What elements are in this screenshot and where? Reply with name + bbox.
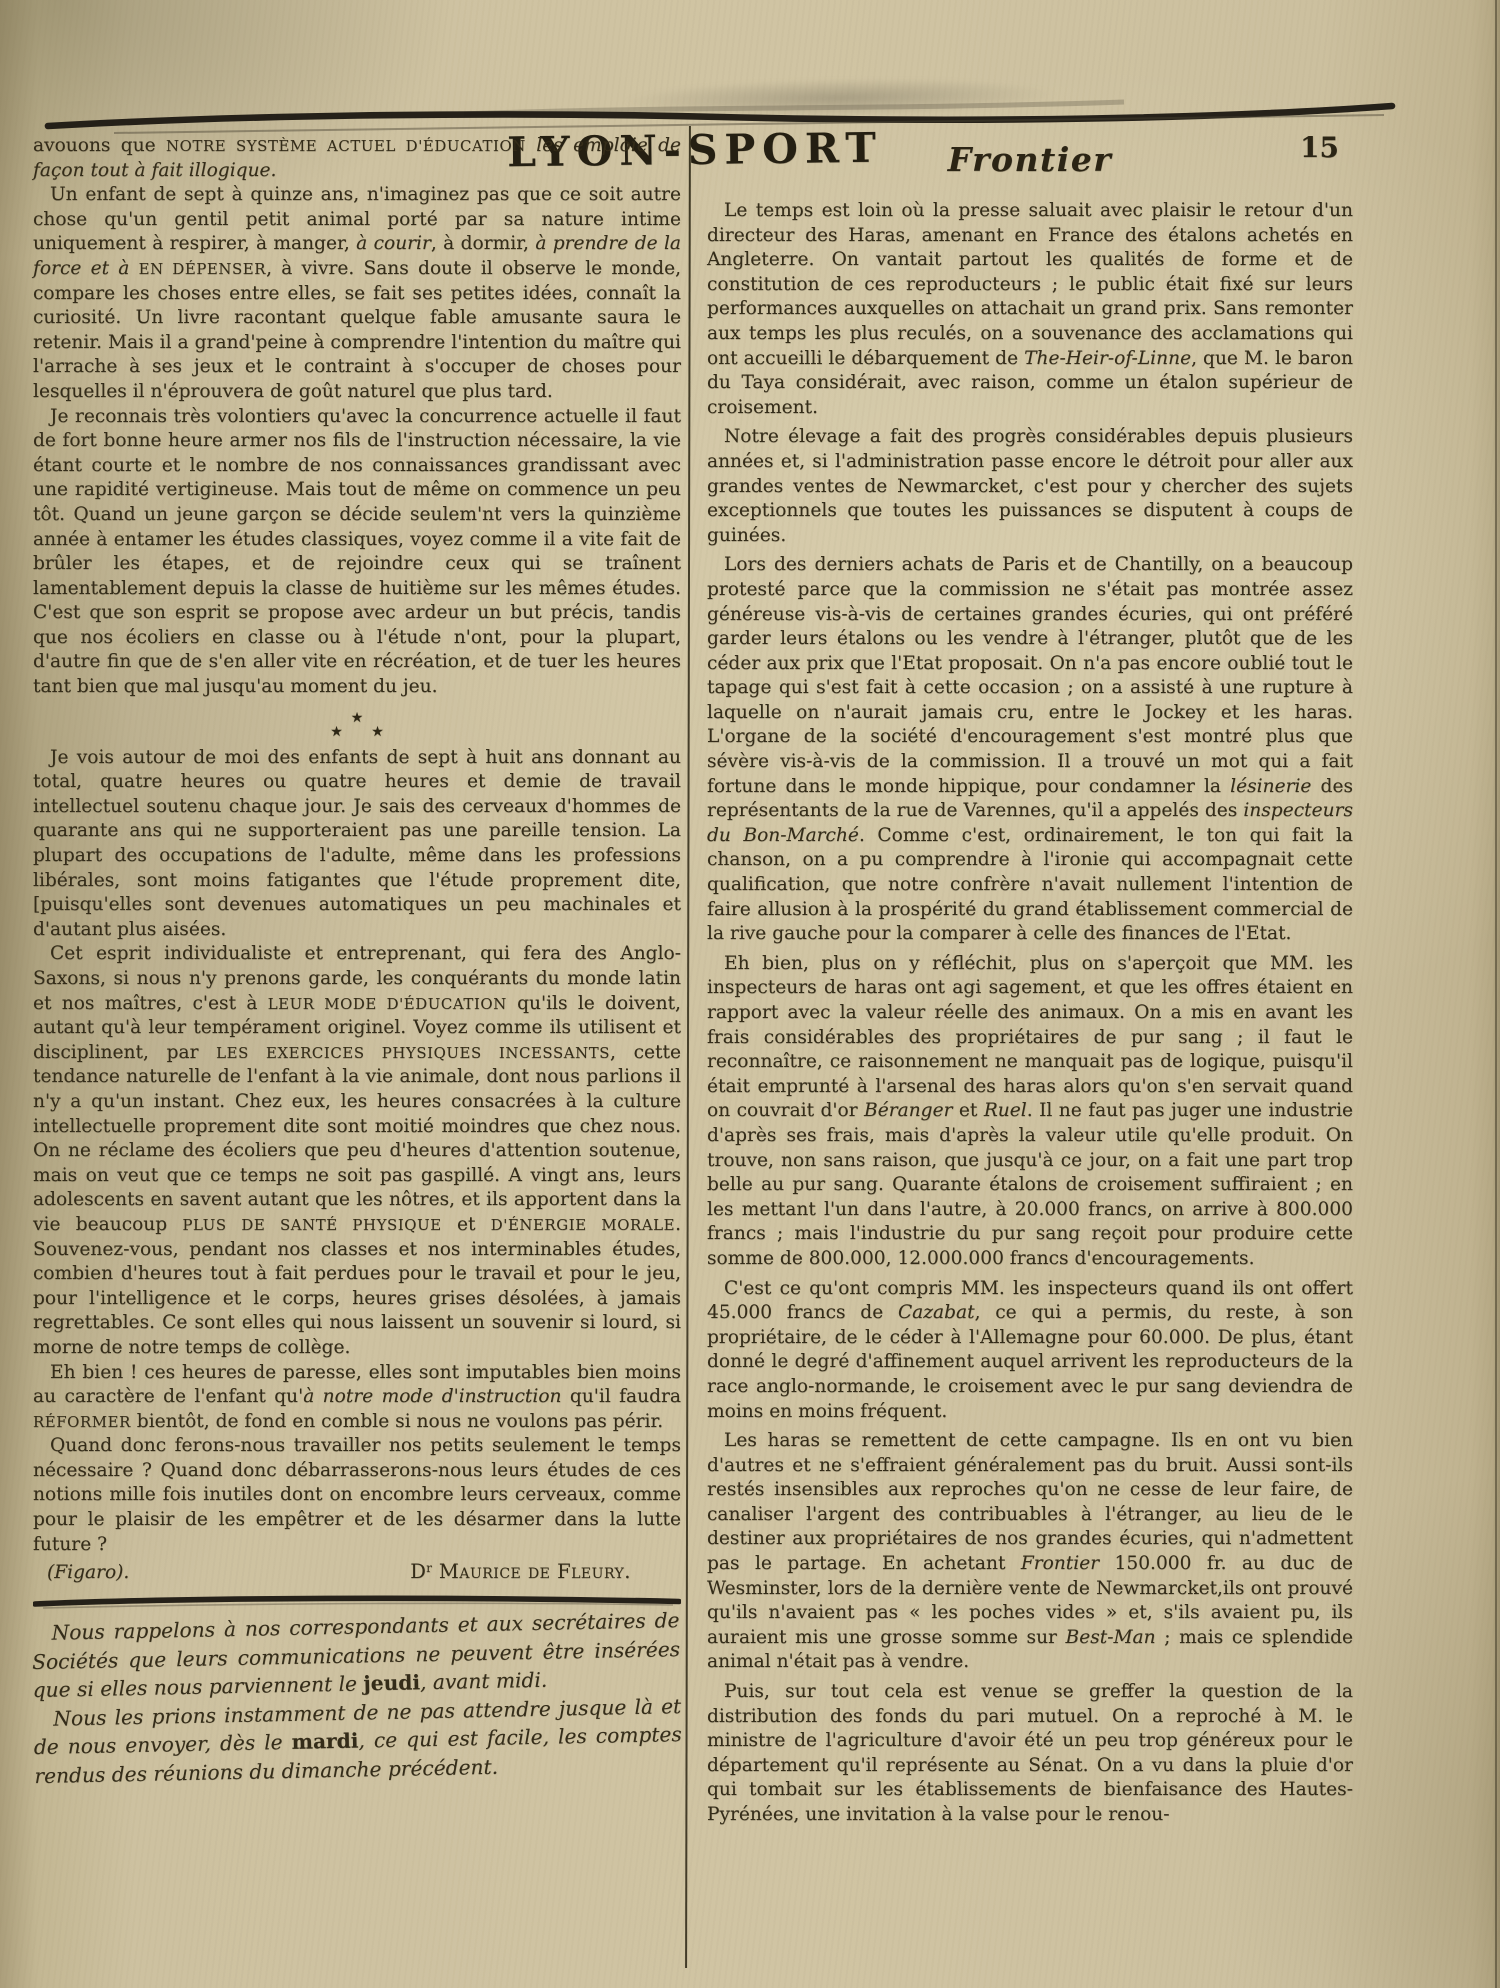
text-run-i: The-Heir-of-Linne (1024, 348, 1191, 369)
text-run: , à vivre. Sans doute il observe le mond… (33, 258, 681, 402)
text-run-i: Béranger (864, 1100, 952, 1121)
text-run-smc: Maurice de Fleury. (439, 1560, 631, 1583)
paragraph: C'est ce qu'ont compris MM. les inspecte… (707, 1277, 1353, 1425)
text-run-sc: RÉFORMER (33, 1413, 131, 1431)
author-name: Dr Maurice de Fleury. (410, 1560, 631, 1583)
newspaper-page: LYON-SPORT 15 avouons que NOTRE SYSTÈME … (0, 0, 1500, 1988)
text-run: Quand donc ferons-nous travailler nos pe… (33, 1435, 681, 1554)
text-run-i: Best-Man (1066, 1627, 1156, 1648)
text-run: Notre élevage a fait des progrès considé… (707, 426, 1353, 545)
text-run: et (442, 1214, 491, 1235)
right-column: Frontier Le temps est loin où la presse … (707, 140, 1353, 1833)
column-divider (685, 126, 691, 1968)
text-run-i: Cazabat (898, 1302, 975, 1323)
text-run-i: Ruel (984, 1100, 1027, 1121)
text-run: avouons que (33, 135, 166, 156)
paragraph: Lors des derniers achats de Paris et de … (707, 553, 1353, 947)
paragraph: Notre élevage a fait des progrès considé… (707, 425, 1353, 548)
text-run: qu'il faudra (562, 1386, 681, 1407)
paragraph: Je vois autour de moi des enfants de sep… (33, 746, 681, 943)
paragraph: Les haras se remettent de cette campagne… (707, 1429, 1353, 1675)
text-run: Le temps est loin où la presse saluait a… (707, 200, 1353, 369)
left-column: avouons que NOTRE SYSTÈME ACTUEL D'ÉDUCA… (33, 134, 681, 1790)
paragraph: Nous les prions instamment de ne pas att… (33, 1692, 683, 1791)
text-run-sc: LEUR MODE D'ÉDUCATION (268, 995, 507, 1013)
paragraph: Le temps est loin où la presse saluait a… (707, 199, 1353, 420)
paragraph: Cet esprit individualiste et entreprenan… (33, 942, 681, 1360)
paragraph: Eh bien, plus on y réfléchit, plus on s'… (707, 952, 1353, 1272)
star-icons: ★ ★ (33, 725, 681, 740)
page-edge-line (1495, 0, 1497, 1988)
paragraph: Eh bien ! ces heures de paresse, elles s… (33, 1361, 681, 1435)
text-run: . Souvenez-vous, pendant nos classes et … (33, 1214, 681, 1358)
text-run-i: , avant midi. (420, 1668, 548, 1695)
asterism-separator: ★ ★ ★ (33, 712, 681, 740)
signature-row: (Figaro). Dr Maurice de Fleury. (33, 1560, 681, 1583)
paragraph: Nous rappelons à nos correspondants et a… (31, 1606, 681, 1705)
left-column-bottom-paragraphs: Je vois autour de moi des enfants de sep… (33, 746, 681, 1558)
text-run-b: jeudi (363, 1671, 420, 1696)
text-run-sc: LES EXERCICES PHYSIQUES INCESSANTS (216, 1044, 610, 1062)
text-run: et (952, 1100, 983, 1121)
text-run: Lors des derniers achats de Paris et de … (707, 554, 1353, 796)
paragraph: Quand donc ferons-nous travailler nos pe… (33, 1434, 681, 1557)
text-run-i: Frontier (1021, 1553, 1099, 1574)
text-run-b: mardi (291, 1729, 358, 1754)
text-run: , cette tendance naturelle de l'enfant à… (33, 1042, 681, 1235)
paragraph: Un enfant de sept à quinze ans, n'imagin… (33, 183, 681, 404)
article-title: Frontier (707, 140, 1353, 179)
text-run: Je vois autour de moi des enfants de sep… (33, 747, 681, 940)
text-run (432, 1560, 439, 1583)
text-run-sc: PLUS DE SANTÉ PHYSIQUE (182, 1216, 441, 1234)
text-run: Eh bien, plus on y réfléchit, plus on s'… (707, 953, 1353, 1122)
text-run-sc: D'ÉNERGIE MORALE (491, 1216, 675, 1234)
text-run: bientôt, de fond en comble si nous ne vo… (131, 1411, 663, 1432)
text-run-sc: EN DÉPENSER (139, 260, 266, 278)
star-icon: ★ (33, 712, 681, 725)
text-run: Puis, sur tout cela est venue se greffer… (707, 1681, 1353, 1825)
editorial-notice: Nous rappelons à nos correspondants et a… (31, 1606, 682, 1791)
paragraph: Puis, sur tout cela est venue se greffer… (707, 1680, 1353, 1828)
text-run: D (410, 1560, 426, 1583)
left-column-top-paragraphs: avouons que NOTRE SYSTÈME ACTUEL D'ÉDUCA… (33, 134, 681, 700)
text-run-i: lésinerie (1230, 776, 1311, 797)
article-body: Le temps est loin où la presse saluait a… (707, 199, 1353, 1828)
text-run (526, 135, 536, 156)
text-run-i: Nous rappelons à nos correspondants et a… (32, 1608, 680, 1702)
text-run: . Il ne faut pas juger une industrie d'a… (707, 1100, 1353, 1269)
paragraph: avouons que NOTRE SYSTÈME ACTUEL D'ÉDUCA… (33, 134, 681, 183)
source-attribution: (Figaro). (47, 1562, 129, 1583)
text-run-i: à courir (356, 233, 431, 254)
text-run: , à dormir, (431, 233, 535, 254)
header-rule (44, 92, 1396, 138)
text-run: Je reconnais très volontiers qu'avec la … (33, 406, 681, 698)
section-rule (33, 1593, 681, 1609)
text-run-i: à notre mode d'instruction (303, 1386, 561, 1407)
paragraph: Je reconnais très volontiers qu'avec la … (33, 405, 681, 700)
text-run-sc: NOTRE SYSTÈME ACTUEL D'ÉDUCATION (166, 137, 526, 155)
